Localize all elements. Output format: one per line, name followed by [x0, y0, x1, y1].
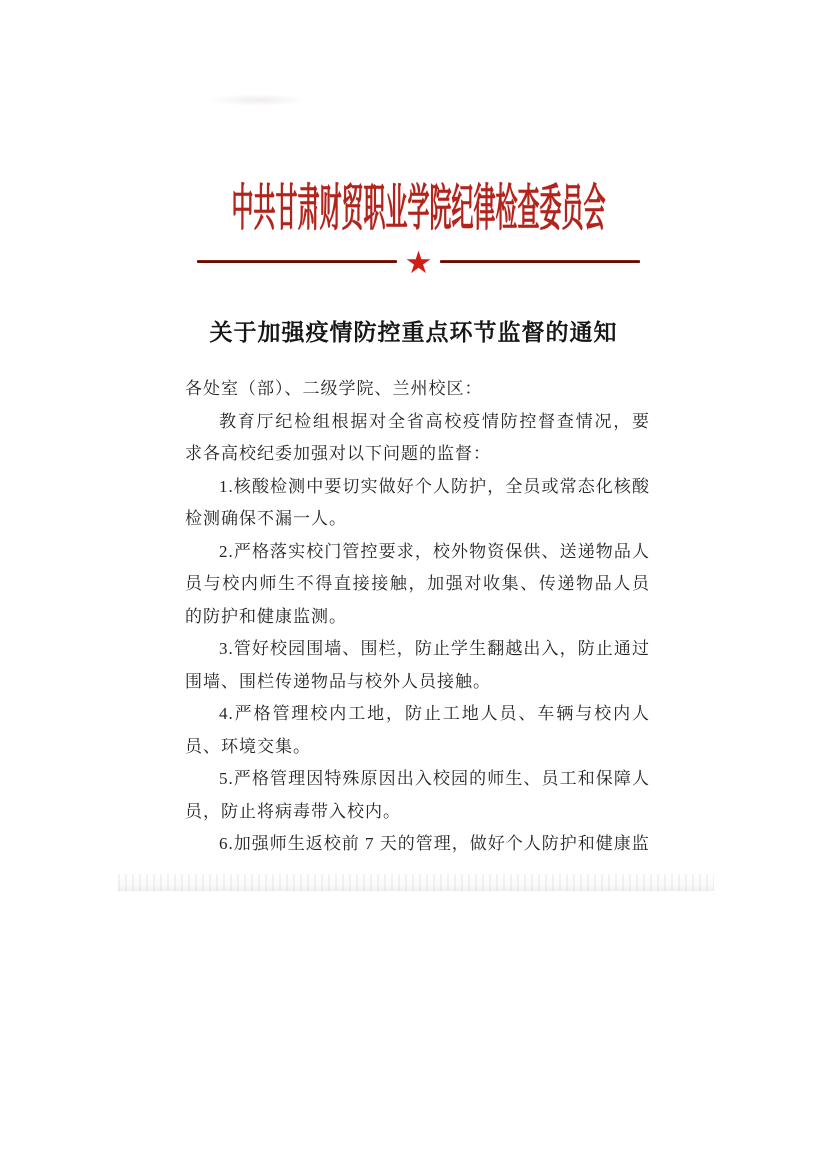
divider-line-left: [197, 260, 397, 263]
scan-smudge-artifact: [208, 94, 308, 106]
notice-title: 关于加强疫情防控重点环节监督的通知: [0, 314, 827, 347]
document-page: 中共甘肃财贸职业学院纪律检查委员会 ★ 关于加强疫情防控重点环节监督的通知 各处…: [0, 0, 827, 1170]
letterhead-org-name: 中共甘肃财贸职业学院纪律检查委员会: [232, 168, 596, 240]
notice-paragraph-intro: 教育厅纪检组根据对全省高校疫情防控督查情况，要求各高校纪委加强对以下问题的监督：: [185, 406, 650, 471]
notice-paragraph-item-6: 6.加强师生返校前 7 天的管理，做好个人防护和健康监: [185, 828, 650, 861]
notice-body: 各处室（部）、二级学院、兰州校区： 教育厅纪检组根据对全省高校疫情防控督查情况，…: [185, 373, 650, 861]
notice-paragraph-item-5: 5.严格管理因特殊原因出入校园的师生、员工和保障人员，防止将病毒带入校内。: [185, 763, 650, 828]
notice-salutation: 各处室（部）、二级学院、兰州校区：: [185, 373, 650, 406]
notice-paragraph-item-1: 1.核酸检测中要切实做好个人防护，全员或常态化核酸检测确保不漏一人。: [185, 471, 650, 536]
notice-paragraph-item-3: 3.管好校园围墙、围栏，防止学生翻越出入，防止通过围墙、围栏传递物品与校外人员接…: [185, 633, 650, 698]
scan-noise-band-artifact: [118, 874, 714, 891]
notice-paragraph-item-2: 2.严格落实校门管控要求，校外物资保供、送递物品人员与校内师生不得直接接触，加强…: [185, 536, 650, 634]
star-icon: ★: [405, 247, 433, 278]
notice-paragraph-item-4: 4.严格管理校内工地，防止工地人员、车辆与校内人员、环境交集。: [185, 698, 650, 763]
letterhead-divider: ★: [197, 244, 640, 278]
divider-line-right: [440, 260, 640, 263]
